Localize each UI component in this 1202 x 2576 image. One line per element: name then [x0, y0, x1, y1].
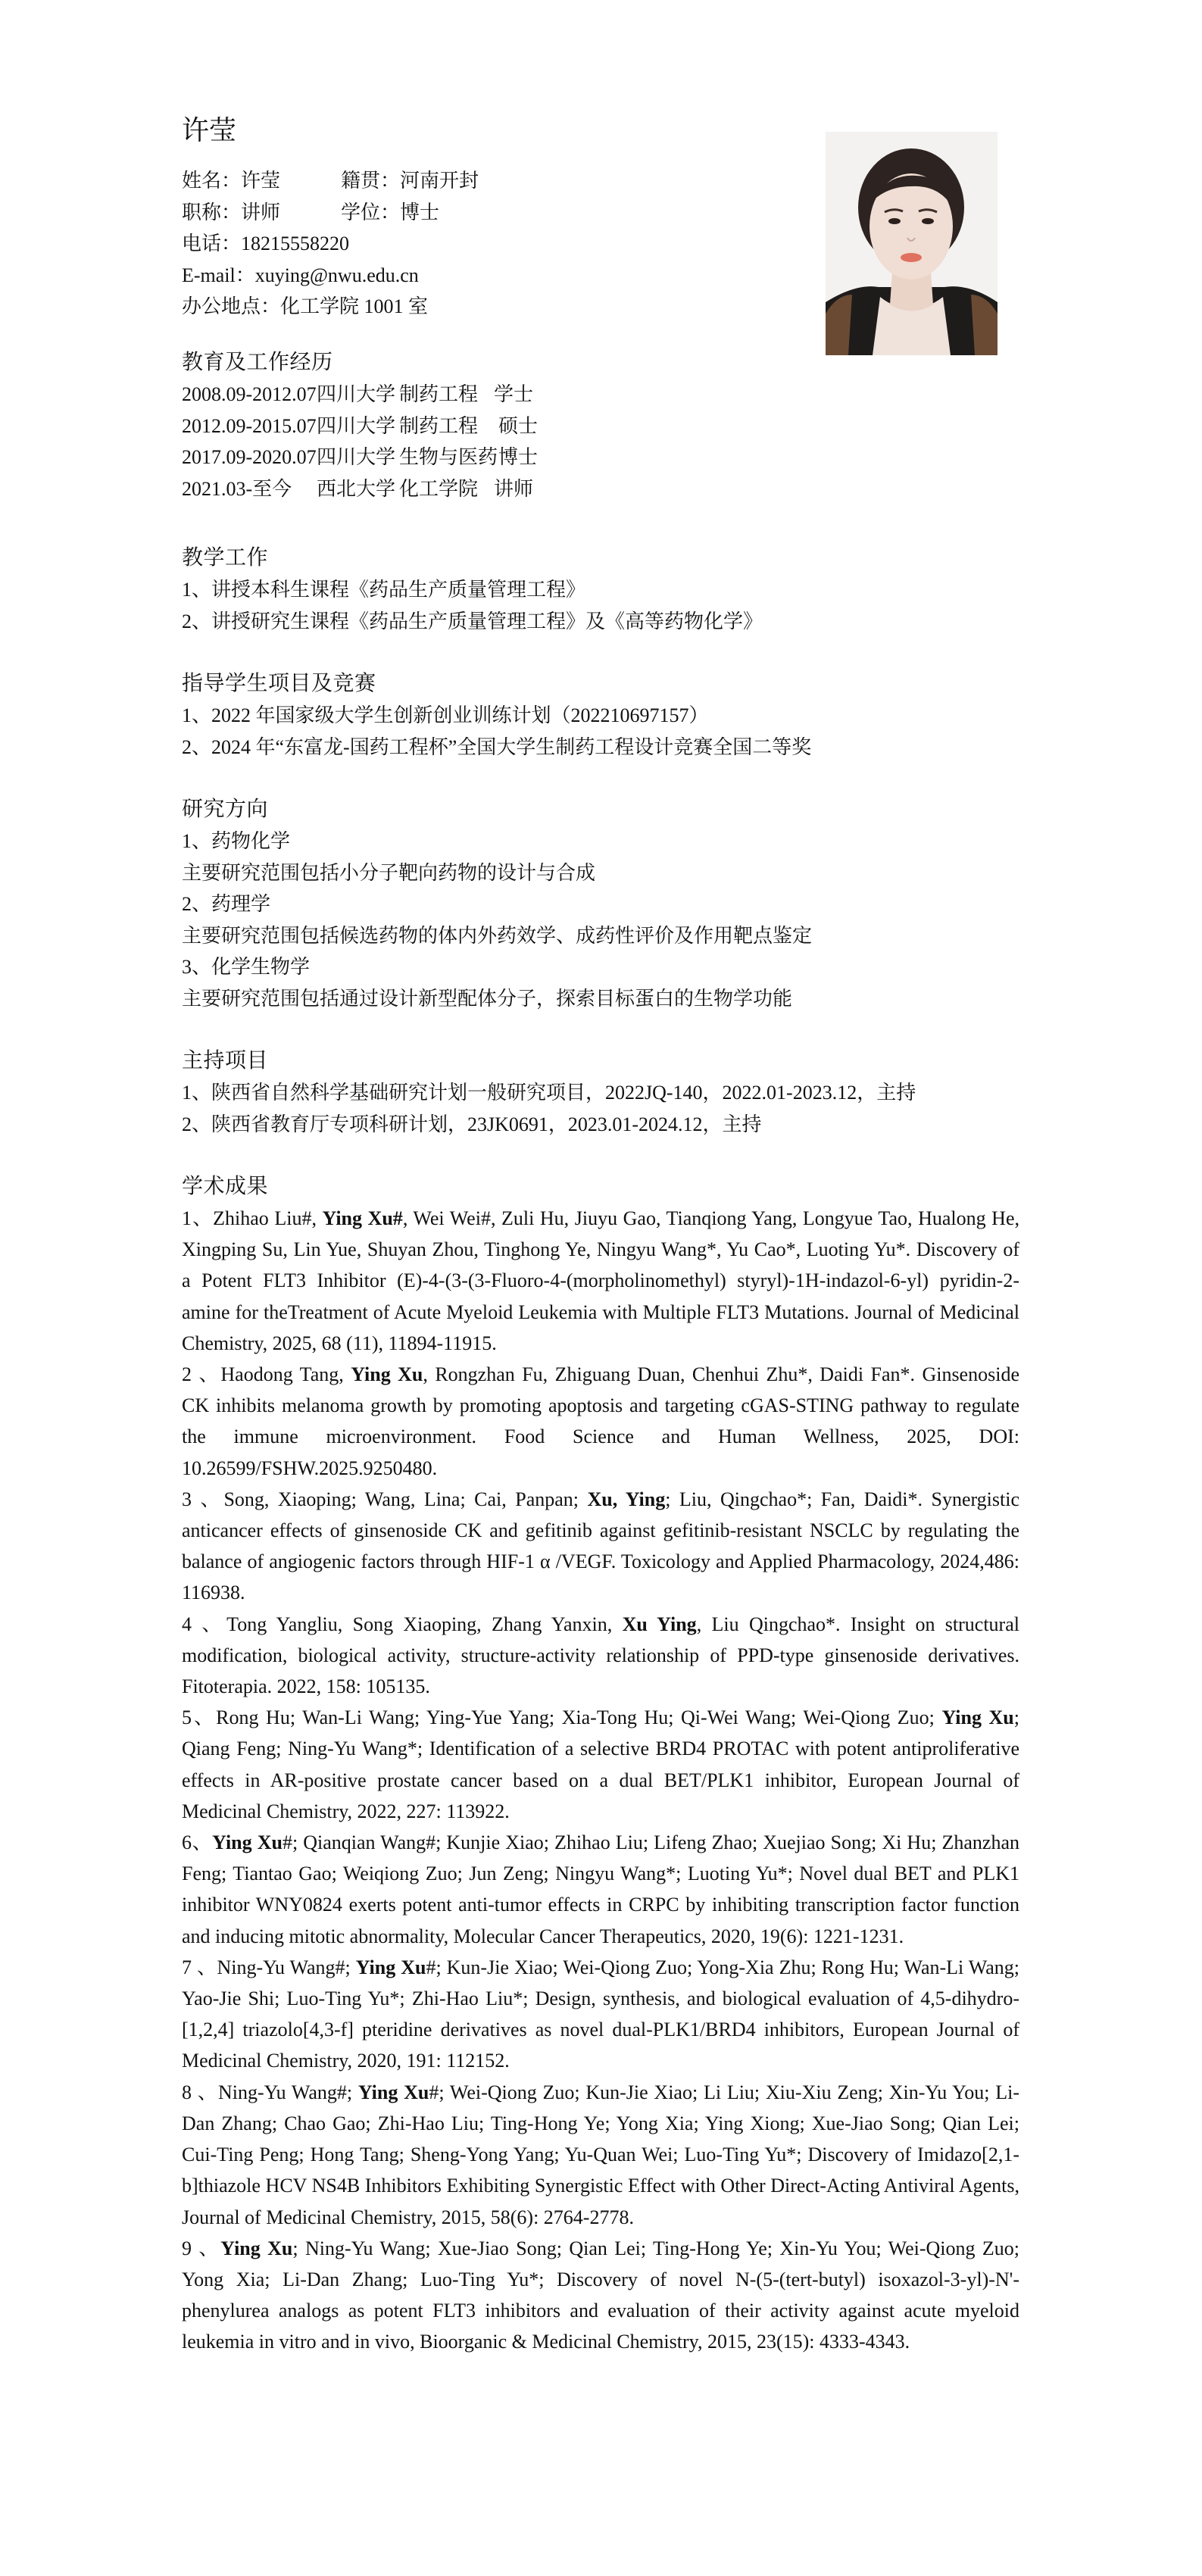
edu-field: 生物与医药	[399, 442, 498, 473]
pub-self-author: Ying Xu	[941, 1706, 1013, 1728]
guidance-item: 2、2024 年“东富龙-国药工程杯”全国大学生制药工程设计竞赛全国二等奖	[182, 732, 1019, 763]
profile-info: 姓名：许莹籍贯：河南开封 职称：讲师学位：博士 电话：18215558220 E…	[182, 165, 479, 323]
research-heading: 1、药物化学	[182, 826, 1019, 857]
info-title: 职称：讲师	[182, 197, 341, 229]
info-row-email: E-mail：xuying@nwu.edu.cn	[182, 260, 479, 292]
education-row: 2012.09-2015.07 四川大学 制药工程 硕士	[182, 411, 1019, 442]
info-office: 办公地点：化工学院 1001 室	[182, 291, 428, 323]
teaching-section: 教学工作 1、讲授本科生课程《药品生产质量管理工程》 2、讲授研究生课程《药品生…	[182, 542, 1019, 637]
pub-authors-before: 5、Rong Hu; Wan-Li Wang; Ying-Yue Yang; X…	[182, 1706, 941, 1728]
edu-period: 2012.09-2015.07	[182, 411, 317, 442]
project-item: 1、陕西省自然科学基础研究计划一般研究项目，2022JQ-140，2022.01…	[182, 1077, 1019, 1109]
pub-self-author: Ying Xu	[220, 2237, 292, 2259]
publications-title: 学术成果	[182, 1171, 1019, 1201]
info-origin: 籍贯：河南开封	[341, 165, 479, 197]
edu-field: 制药工程	[399, 379, 478, 411]
edu-institution: 四川大学	[317, 379, 395, 411]
guidance-item: 1、2022 年国家级大学生创新创业训练计划（202210697157）	[182, 700, 1019, 732]
research-section: 研究方向 1、药物化学 主要研究范围包括小分子靶向药物的设计与合成 2、药理学 …	[182, 794, 1019, 1014]
pub-self-author: Ying Xu	[358, 2081, 429, 2103]
edu-institution: 四川大学	[317, 442, 395, 473]
pub-authors-before: 6、	[182, 1831, 212, 1853]
edu-degree: 学士	[494, 379, 533, 411]
education-title: 教育及工作经历	[182, 347, 1019, 377]
pub-authors-before: 8 、Ning-Yu Wang#;	[182, 2081, 358, 2103]
info-phone: 电话：18215558220	[182, 228, 349, 260]
project-item: 2、陕西省教育厅专项科研计划，23JK0691，2023.01-2024.12，…	[182, 1109, 1019, 1141]
page-title: 许莹	[182, 114, 236, 148]
teaching-title: 教学工作	[182, 542, 1019, 573]
projects-section: 主持项目 1、陕西省自然科学基础研究计划一般研究项目，2022JQ-140，20…	[182, 1045, 1019, 1140]
pub-authors-before: 3 、Song, Xiaoping; Wang, Lina; Cai, Panp…	[182, 1488, 587, 1510]
pub-details: , Wei Wei#, Zuli Hu, Jiuyu Gao, Tianqion…	[182, 1207, 1019, 1354]
info-name: 姓名：许莹	[182, 165, 341, 197]
edu-degree: 讲师	[494, 473, 533, 505]
pub-details: ; Ning-Yu Wang; Xue-Jiao Song; Qian Lei;…	[182, 2237, 1019, 2353]
research-heading: 3、化学生物学	[182, 951, 1019, 983]
research-desc: 主要研究范围包括候选药物的体内外药效学、成药性评价及作用靶点鉴定	[182, 920, 1019, 952]
edu-institution: 西北大学	[317, 473, 395, 505]
info-degree: 学位：博士	[341, 197, 439, 229]
publication-item: 3 、Song, Xiaoping; Wang, Lina; Cai, Panp…	[182, 1484, 1019, 1609]
pub-self-author: Ying Xu#	[323, 1207, 403, 1229]
pub-authors-before: 4 、Tong Yangliu, Song Xiaoping, Zhang Ya…	[182, 1613, 623, 1635]
projects-title: 主持项目	[182, 1045, 1019, 1076]
education-section: 教育及工作经历 2008.09-2012.07 四川大学 制药工程 学士 201…	[182, 347, 1019, 504]
portrait-photo	[826, 132, 998, 355]
publication-item: 4 、Tong Yangliu, Song Xiaoping, Zhang Ya…	[182, 1609, 1019, 1703]
research-desc: 主要研究范围包括通过设计新型配体分子，探索目标蛋白的生物学功能	[182, 983, 1019, 1015]
pub-authors-before: 1、Zhihao Liu#,	[182, 1207, 323, 1229]
pub-self-author: Ying Xu	[351, 1363, 423, 1385]
edu-degree: 博士	[498, 442, 538, 473]
pub-self-author: Xu Ying	[623, 1613, 697, 1635]
edu-period: 2008.09-2012.07	[182, 379, 317, 411]
pub-self-author: Ying Xu	[212, 1831, 283, 1853]
research-desc: 主要研究范围包括小分子靶向药物的设计与合成	[182, 857, 1019, 889]
publications-section: 学术成果 1、Zhihao Liu#, Ying Xu#, Wei Wei#, …	[182, 1171, 1019, 2358]
publication-item: 8 、Ning-Yu Wang#; Ying Xu#; Wei-Qiong Zu…	[182, 2077, 1019, 2233]
publication-item: 9 、Ying Xu; Ning-Yu Wang; Xue-Jiao Song;…	[182, 2233, 1019, 2358]
publication-item: 5、Rong Hu; Wan-Li Wang; Ying-Yue Yang; X…	[182, 1702, 1019, 1827]
publication-item: 7 、Ning-Yu Wang#; Ying Xu#; Kun-Jie Xiao…	[182, 1952, 1019, 2077]
research-title: 研究方向	[182, 794, 1019, 824]
portrait-image-icon	[826, 132, 998, 355]
teaching-item: 2、讲授研究生课程《药品生产质量管理工程》及《高等药物化学》	[182, 606, 1019, 638]
pub-self-author: Ying Xu	[356, 1956, 426, 1978]
pub-authors-before: 9 、	[182, 2237, 220, 2259]
education-row: 2017.09-2020.07 四川大学 生物与医药 博士	[182, 442, 1019, 473]
pub-authors-before: 2 、Haodong Tang,	[182, 1363, 351, 1385]
info-row-title-degree: 职称：讲师学位：博士	[182, 197, 479, 229]
guidance-section: 指导学生项目及竞赛 1、2022 年国家级大学生创新创业训练计划（2022106…	[182, 668, 1019, 763]
edu-institution: 四川大学	[317, 411, 395, 442]
edu-field: 化工学院	[399, 473, 478, 505]
guidance-title: 指导学生项目及竞赛	[182, 668, 1019, 698]
education-row: 2021.03-至今 西北大学 化工学院 讲师	[182, 473, 1019, 505]
info-row-phone: 电话：18215558220	[182, 228, 479, 260]
research-heading: 2、药理学	[182, 888, 1019, 920]
pub-authors-before: 7 、Ning-Yu Wang#;	[182, 1956, 356, 1978]
pub-details: #; Qianqian Wang#; Kunjie Xiao; Zhihao L…	[182, 1831, 1019, 1947]
info-row-office: 办公地点：化工学院 1001 室	[182, 291, 479, 323]
info-row-name-origin: 姓名：许莹籍贯：河南开封	[182, 165, 479, 197]
edu-period: 2021.03-至今	[182, 473, 292, 505]
publication-item: 6、Ying Xu#; Qianqian Wang#; Kunjie Xiao;…	[182, 1827, 1019, 1952]
teaching-item: 1、讲授本科生课程《药品生产质量管理工程》	[182, 574, 1019, 606]
edu-field: 制药工程	[399, 411, 478, 442]
publication-item: 2 、Haodong Tang, Ying Xu, Rongzhan Fu, Z…	[182, 1359, 1019, 1484]
edu-period: 2017.09-2020.07	[182, 442, 317, 473]
edu-degree: 硕士	[498, 411, 538, 442]
pub-self-author: Xu, Ying	[587, 1488, 665, 1510]
info-email[interactable]: E-mail：xuying@nwu.edu.cn	[182, 260, 419, 292]
publication-item: 1、Zhihao Liu#, Ying Xu#, Wei Wei#, Zuli …	[182, 1203, 1019, 1359]
education-row: 2008.09-2012.07 四川大学 制药工程 学士	[182, 379, 1019, 411]
